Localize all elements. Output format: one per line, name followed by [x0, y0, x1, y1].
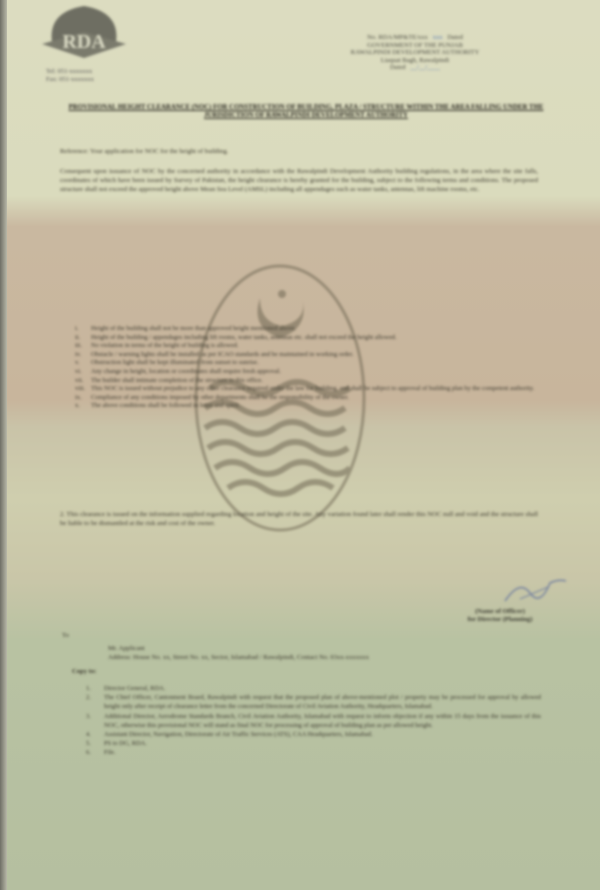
signature-icon: [500, 575, 570, 605]
document-title: PROVISIONAL HEIGHT CLEARANCE (NOC) FOR C…: [66, 104, 546, 119]
list-item: 6.File.: [86, 748, 541, 757]
paragraph-1: Consequent upon issuance of NOC by the c…: [60, 167, 538, 195]
letter-header: No. RDA/MP&TE/xxx xxx Dated GOVERNMENT O…: [300, 34, 530, 72]
list-item: ii.Height of the building / appendages i…: [75, 334, 540, 343]
list-item: 3.Additional Director, Aerodrome Standar…: [86, 712, 541, 730]
list-item: iii.No violation in terms of the height …: [75, 342, 540, 351]
logo-contact: Tel: 051-xxxxxxx Fax: 051-xxxxxxx: [46, 68, 116, 84]
addressee-address: Address: House No. xx, Street No. xx, Se…: [108, 653, 548, 662]
addressee-name: Mr. Applicant: [108, 644, 548, 653]
rda-logo-icon: RDA: [38, 2, 130, 62]
document-page: RDA Tel: 051-xxxxxxx Fax: 051-xxxxxxx No…: [0, 0, 600, 890]
list-item: 5.PS to DG, RDA.: [86, 739, 541, 748]
fax-number: Fax: 051-xxxxxxx: [46, 76, 116, 84]
list-item: i.Height of the building shall not be mo…: [75, 325, 540, 334]
signatory-name: (Name of Officer): [430, 608, 570, 616]
signature-block: (Name of Officer) for Director (Planning…: [430, 608, 570, 624]
list-item: vi.Any change in height, location or coo…: [75, 368, 540, 377]
list-item: vii.The builder shall intimate completio…: [75, 377, 540, 386]
conditions-list: i.Height of the building shall not be mo…: [75, 325, 540, 411]
reference-line: Reference: Your application for NOC for …: [60, 147, 500, 156]
list-item: 1.Director General, RDA.: [86, 684, 541, 693]
addressee: Mr. Applicant Address: House No. xx, Str…: [108, 644, 548, 662]
header-date: Dated __/__/____: [300, 64, 530, 72]
svg-text:RDA: RDA: [62, 31, 106, 53]
list-item: 4.Assistant Director, Navigation, Direct…: [86, 730, 541, 739]
signatory-designation: for Director (Planning): [430, 616, 570, 624]
header-line: RAWALPINDI DEVELOPMENT AUTHORITY: [300, 49, 530, 57]
list-item: ix.Compliance of any conditions imposed …: [75, 394, 540, 403]
header-line: GOVERNMENT OF THE PUNJAB: [300, 42, 530, 50]
copy-to-label: Copy to:: [72, 668, 96, 675]
list-item: iv.Obstacle / warning lights shall be in…: [75, 351, 540, 360]
page-edge-shadow: [0, 0, 7, 890]
reference-number: No. RDA/MP&TE/xxx xxx Dated: [300, 34, 530, 42]
list-item: x.The above conditions shall be followed…: [75, 402, 540, 411]
list-item: 2.The Chief Officer, Cantonment Board, R…: [86, 693, 541, 711]
phone-number: Tel: 051-xxxxxxx: [46, 68, 116, 76]
paragraph-2: 2. This clearance is issued on the infor…: [60, 510, 538, 528]
header-line: Liaquat Bagh, Rawalpindi: [300, 57, 530, 65]
to-label: To: [62, 632, 69, 639]
list-item: v.Obstruction light shall be kept illumi…: [75, 359, 540, 368]
list-item: viii.This NOC is issued without prejudic…: [75, 385, 540, 394]
copy-to-list: 1.Director General, RDA. 2.The Chief Off…: [86, 684, 541, 758]
